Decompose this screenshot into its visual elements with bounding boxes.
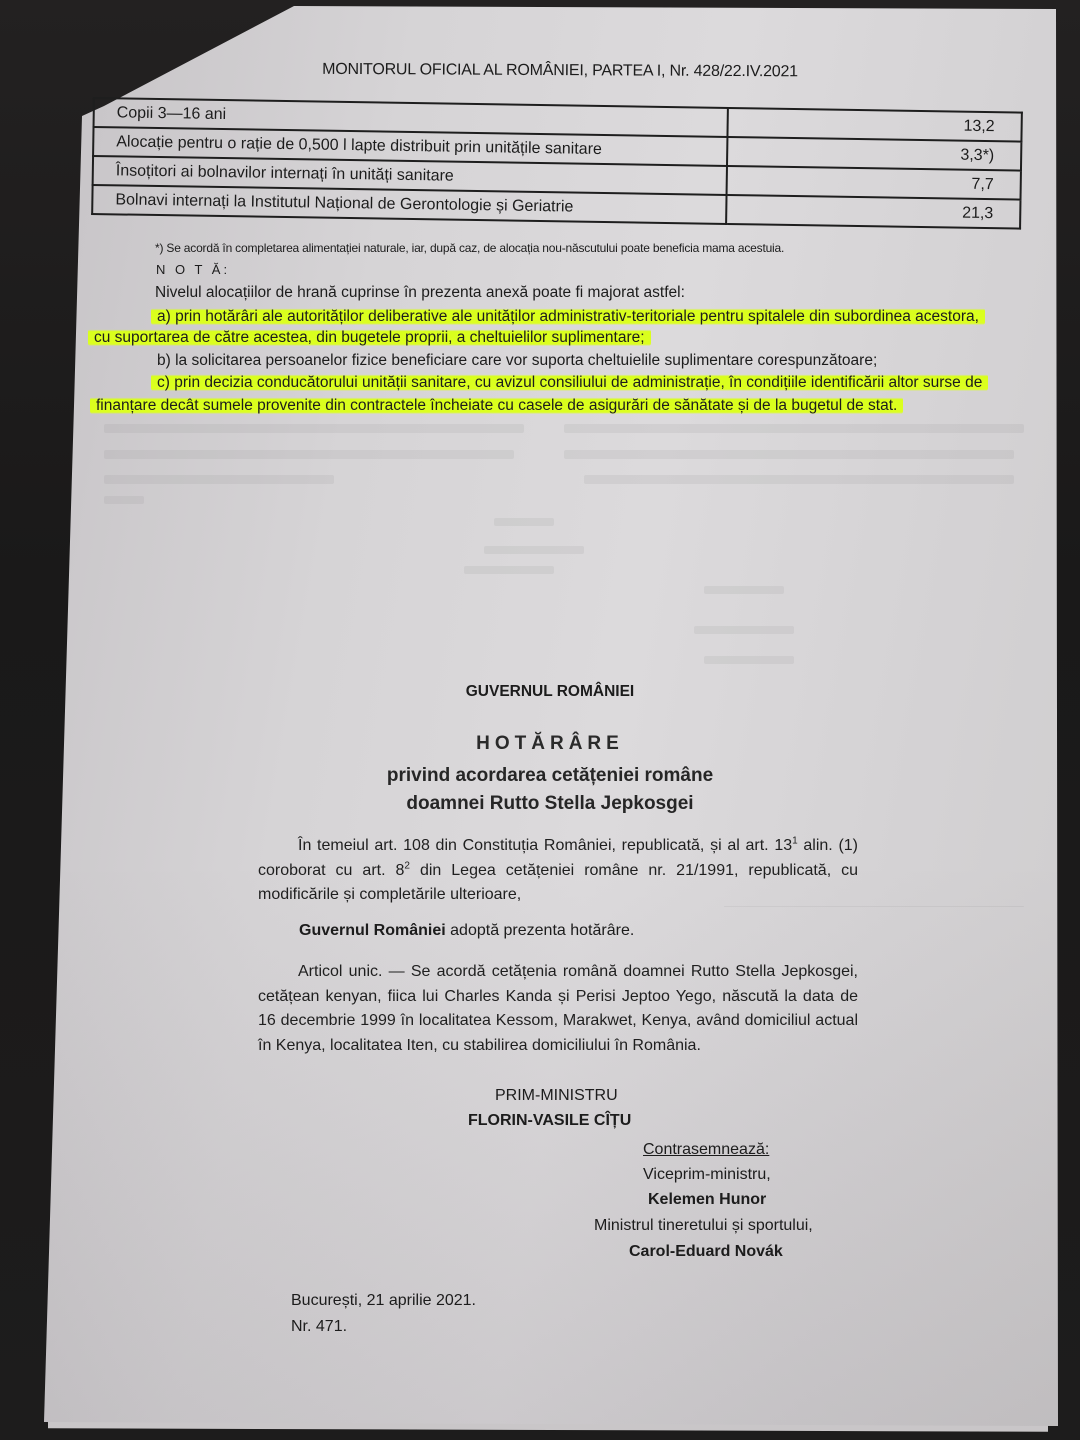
minister-name: Carol-Eduard Novák [629, 1243, 783, 1261]
vpm-title: Viceprim-ministru, [643, 1166, 771, 1184]
adoption-issuer: Guvernul României [299, 922, 446, 939]
preamble-paragraph: În temeiul art. 108 din Constituția Româ… [258, 834, 858, 908]
table-footnote: *) Se acordă în completarea alimentației… [155, 241, 784, 255]
row-value: 21,3 [726, 195, 1020, 229]
countersign-label: Contrasemnează: [643, 1141, 769, 1159]
note-item-b: b) la solicitarea persoanelor fizice ben… [157, 352, 877, 370]
decision-subject: privind acordarea cetățeniei române doam… [0, 762, 1080, 818]
food-allocation-table: Copii 3—16 ani 13,2 Alocație pentru o ra… [91, 97, 1023, 230]
pm-title: PRIM-MINISTRU [495, 1087, 618, 1105]
note-item-a-line2: cu suportarea de către acestea, din buge… [88, 329, 651, 347]
subject-line-1: privind acordarea cetățeniei române [0, 762, 1080, 790]
adoption-statement: Guvernul României adoptă prezenta hotărâ… [299, 922, 634, 940]
highlight-mark: finanțare decât sumele provenite din con… [90, 396, 903, 415]
highlight-mark: cu suportarea de către acestea, din buge… [88, 328, 651, 347]
highlight-mark: a) prin hotărâri ale autorităților delib… [151, 307, 985, 326]
row-value: 7,7 [727, 166, 1021, 200]
vpm-name: Kelemen Hunor [648, 1191, 766, 1209]
issuer-title: GUVERNUL ROMÂNIEI [0, 683, 1080, 701]
row-value: 3,3*) [727, 137, 1021, 171]
decision-number: Nr. 471. [291, 1318, 347, 1336]
note-intro: Nivelul alocațiilor de hrană cuprinse în… [155, 284, 685, 302]
note-item-c-line2: finanțare decât sumele provenite din con… [90, 397, 903, 415]
row-value: 13,2 [727, 108, 1021, 142]
highlight-mark: c) prin decizia conducătorului unității … [151, 373, 988, 392]
pm-name: FLORIN-VASILE CÎȚU [468, 1112, 631, 1130]
note-item-a-line1: a) prin hotărâri ale autorităților delib… [151, 308, 985, 326]
decision-type-heading: HOTĂRÂRE [0, 733, 1080, 755]
note-item-c-line1: c) prin decizia conducătorului unității … [151, 374, 988, 392]
place-and-date: București, 21 aprilie 2021. [291, 1292, 476, 1310]
single-article-paragraph: Articol unic. — Se acordă cetățenia româ… [258, 960, 858, 1058]
note-label: N O T Ă: [156, 262, 230, 277]
subject-line-2: doamnei Rutto Stella Jepkosgei [0, 790, 1080, 818]
minister-title: Ministrul tineretului și sportului, [594, 1217, 813, 1235]
